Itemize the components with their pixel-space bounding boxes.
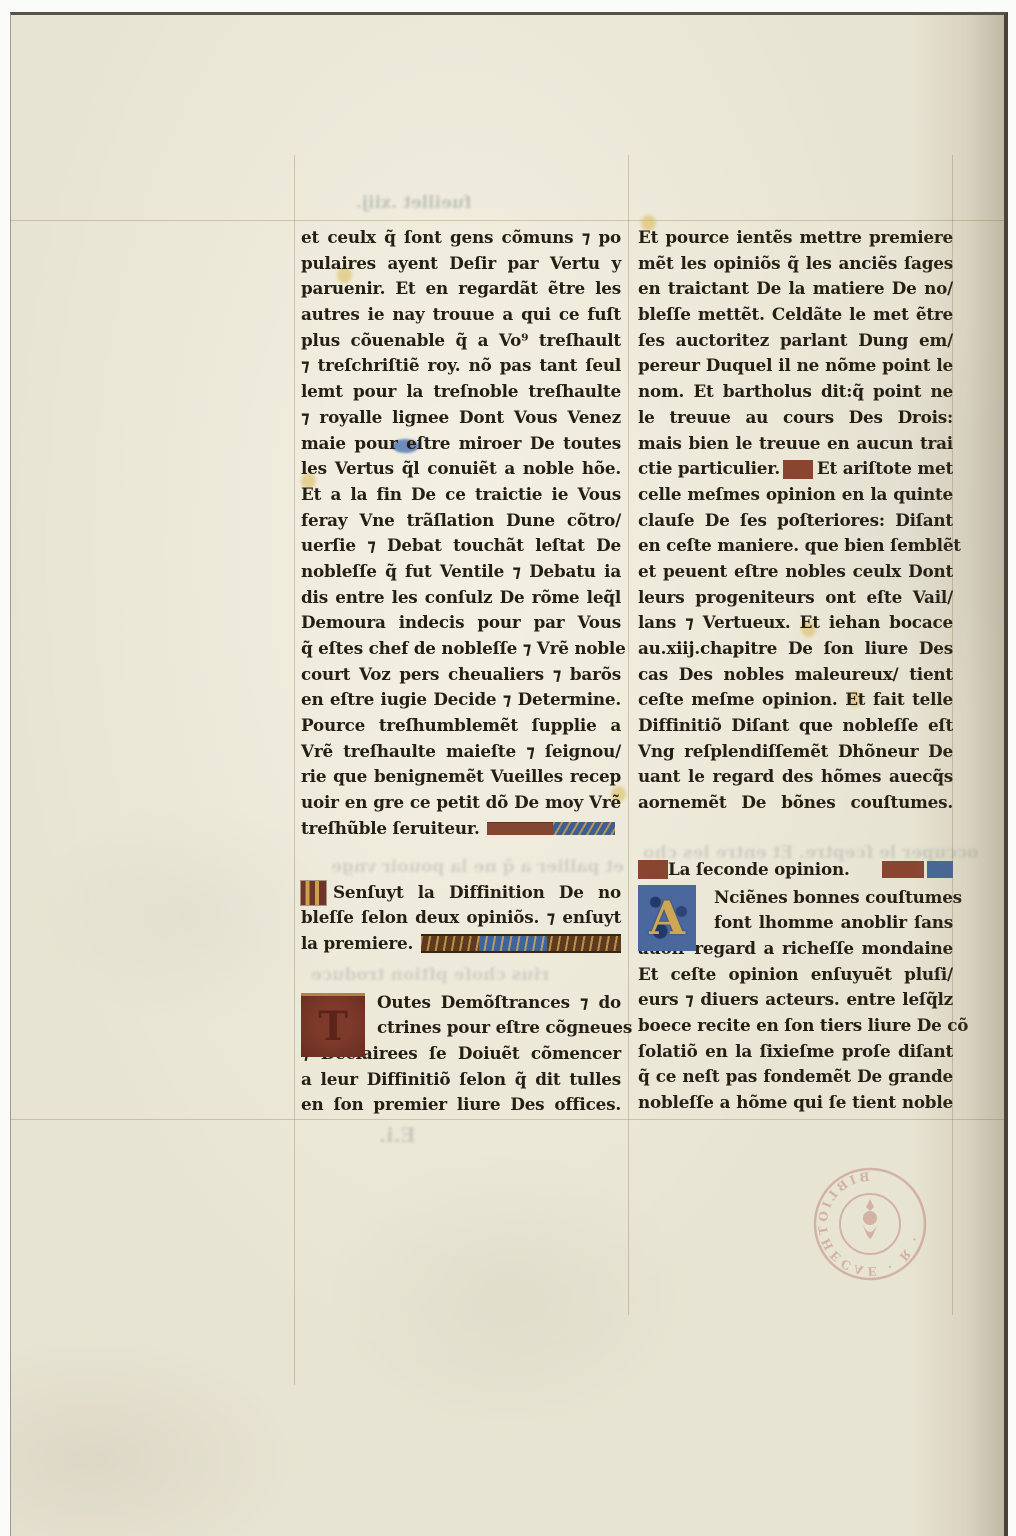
text-line: mẽt les opiniõs q̃ les anciẽs ſages [638, 251, 953, 277]
paragraph: Et pource ientẽs mettre premieremẽt les … [638, 225, 953, 816]
text-line: au.xiij.chapitre De ſon liure Des [638, 636, 953, 662]
text-line: rie que benignemẽt Vueilles recep [301, 764, 621, 790]
red-filler-icon [783, 460, 813, 479]
text-line: treſhũble ſeruiteur. [301, 816, 621, 842]
text-run: Senſuyt la Diffinition De no [333, 880, 621, 906]
text-line: maie pour eſtre miroer De toutes [301, 431, 621, 457]
text-run: La ſeconde opinion. [668, 857, 850, 883]
text-line: dis entre les conſulz De rõme leq̃l [301, 585, 621, 611]
text-run: la premiere. [301, 931, 413, 957]
text-line: pulaires ayent Deſir par Vertu y [301, 251, 621, 277]
paragraph: TOutes Demõſtrances ⁊ doctrines pour eſt… [301, 990, 621, 1118]
text-line: ctie particulier.Et ariſtote met [638, 456, 953, 482]
redbar-filler-icon [882, 861, 924, 878]
paragraph: Senſuyt la Diffinition De nobleſſe ſelon… [301, 880, 621, 957]
text-line: clauſe De ſes poſteriores: Diſant [638, 508, 953, 534]
ruling-line [11, 220, 1004, 221]
illuminated-initial-a: A [638, 885, 696, 951]
text-line: Et a la fin De ce traictie ie Vous [301, 482, 621, 508]
red-filler-icon [638, 860, 668, 879]
text-line: Et pource ientẽs mettre premiere [638, 225, 953, 251]
text-line: leurs progeniteurs ont eſte Vail/ [638, 585, 953, 611]
paragraph: et ceulx q̃ ſont gens cõmuns ⁊ populaire… [301, 225, 621, 842]
text-line: uerſie ⁊ Debat touchãt leſtat De [301, 533, 621, 559]
text-run: Et ariſtote met [817, 456, 953, 482]
scanned-book-page: fueillet .xiij. et pallier a q̃ ne la po… [0, 0, 1016, 1536]
text-line: nom. Et bartholus dit:q̃ point ne [638, 379, 953, 405]
bluebar-filler-icon [927, 861, 953, 878]
text-line: plus cõuenable q̃ a Vo⁹ treſhault [301, 328, 621, 354]
text-line: ſes auctoritez parlant Dung em/ [638, 328, 953, 354]
section-heading: La ſeconde opinion. [638, 857, 953, 883]
text-line: aornemẽt De bõnes couſtumes. [638, 790, 953, 816]
library-stamp: BIBLIOTHECAE · R · [809, 1163, 931, 1285]
text-line: Vrẽ treſhaulte maieſte ⁊ ſeignou/ [301, 739, 621, 765]
text-line: cas Des nobles maleureux/ tient [638, 662, 953, 688]
illuminated-initial-t: T [301, 993, 365, 1057]
brown-filler-icon [487, 822, 553, 835]
text-line: et peuent eſtre nobles ceulx Dont [638, 559, 953, 585]
text-line: court Voz pers cheualiers ⁊ barõs [301, 662, 621, 688]
text-line: q̃ ce neſt pas fondemẽt De grande [638, 1064, 953, 1090]
text-run: ctie particulier. [638, 456, 780, 482]
text-line: paruenir. Et en regardãt ẽtre les [301, 276, 621, 302]
ruling-line [628, 155, 629, 1315]
text-column-left: et ceulx q̃ ſont gens cõmuns ⁊ populaire… [301, 225, 621, 1118]
text-line: lans ⁊ Vertueux. Et iehan bocace [638, 610, 953, 636]
text-line: en eſtre iugie Decide ⁊ Determine. [301, 687, 621, 713]
paragraph: La ſeconde opinion. [638, 857, 953, 883]
text-line: mais bien le treuue en aucun trai [638, 431, 953, 457]
text-line: ceſte meſme opinion. Et fait telle [638, 687, 953, 713]
text-line: celle meſmes opinion en la quinte [638, 482, 953, 508]
text-line: uant le regard des hõmes auecq̃s [638, 764, 953, 790]
text-line: Senſuyt la Diffinition De no [301, 880, 621, 906]
show-through-folio-number: fueillet .xiij. [356, 193, 472, 213]
text-line: bleſſe mettẽt. Celdãte le met ẽtre [638, 302, 953, 328]
ruling-line [11, 1119, 1004, 1120]
text-line: ⁊ treſchriſtiẽ roy. nõ pas tant ſeul [301, 353, 621, 379]
text-line: Et ceſte opinion enſuyuẽt pluſi/ [638, 962, 953, 988]
text-line: en ceſte maniere. que bien ſemblẽt [638, 533, 953, 559]
text-line: lemt pour la treſnoble treſhaulte [301, 379, 621, 405]
text-column-right: Et pource ientẽs mettre premieremẽt les … [638, 225, 953, 1116]
show-through-signature: E.i. [379, 1123, 416, 1147]
text-line: les Vertus q̃l conuiẽt a noble hõe. [301, 456, 621, 482]
text-line: et ceulx q̃ ſont gens cõmuns ⁊ po [301, 225, 621, 251]
text-line: Diffinitiõ Diſant que nobleſſe eſt [638, 713, 953, 739]
text-line: la premiere. [301, 931, 621, 957]
text-line: feray Vne trãſlation Dune cõtro/ [301, 508, 621, 534]
text-run: treſhũble ſeruiteur. [301, 816, 480, 842]
text-line: a leur Diffinitiõ ſelon q̃ dit tulles [301, 1067, 621, 1093]
ornate-filler-icon [421, 934, 621, 953]
text-line: Demoura indecis pour par Vous [301, 610, 621, 636]
text-line: Pource treſhumblemẽt ſupplie a [301, 713, 621, 739]
text-line: nobleſſe q̃ fut Ventile ⁊ Debatu ia [301, 559, 621, 585]
text-line: Vng reſplendiſſemẽt Dhõneur De [638, 739, 953, 765]
paragraph: ANciẽnes bonnes couſtumesfont lhomme ano… [638, 885, 953, 1116]
bluegold-filler-icon [553, 822, 615, 835]
text-line: uoir en gre ce petit dõ De moy Vrẽ [301, 790, 621, 816]
text-line: le treuue au cours Des Drois: [638, 405, 953, 431]
text-line: boece recite en ſon tiers liure De cõ [638, 1013, 953, 1039]
text-line: q̃ eſtes chef de nobleſſe ⁊ Vrẽ noble [301, 636, 621, 662]
text-line: autres ie nay trouue a qui ce fuſt [301, 302, 621, 328]
text-line: ſolatiõ en la ſixieſme proſe diſant [638, 1039, 953, 1065]
text-line: pereur Duquel il ne nõme point le [638, 353, 953, 379]
manuscript-page: fueillet .xiij. et pallier a q̃ ne la po… [10, 12, 1008, 1536]
text-line: nobleſſe a hõme qui ſe tient noble [638, 1090, 953, 1116]
text-line: en ſon premier liure Des offices. [301, 1092, 621, 1118]
pilcrow-filler-icon [301, 881, 326, 905]
text-line: ⁊ royalle lignee Dont Vous Venez [301, 405, 621, 431]
text-line: en traictant De la matiere De no/ [638, 276, 953, 302]
text-line: eurs ⁊ diuers acteurs. entre leſq̃lz [638, 987, 953, 1013]
text-line: bleſſe ſelon deux opiniõs. ⁊ enſuyt [301, 905, 621, 931]
ruling-line [294, 155, 295, 1385]
